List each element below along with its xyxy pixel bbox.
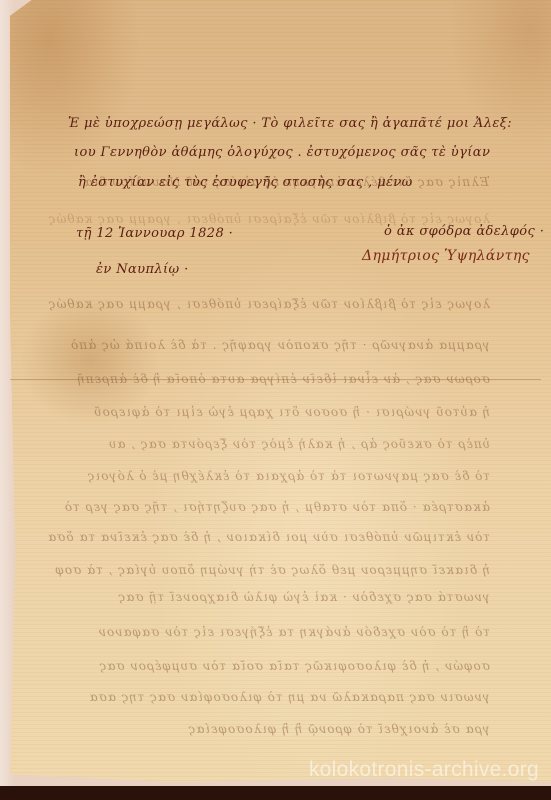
bleed-through-line: τὸν ἐκτιμῶν ὑπόθεσι σὺν μοι δίκαιον , ἡ … [20, 530, 490, 544]
bleed-through-line: σοφών , ἡ δὲ φιλοσοφικῶς ταῖα σοῖα τὸν σ… [20, 659, 490, 673]
place-line: ἐν Ναυπλίῳ · [96, 262, 189, 277]
bleed-through-line: γρα σὲ ἀνοιχθεῖ τὸ φρονῷ ἢ ἢ φιλοσοφείας [20, 722, 490, 736]
bleed-through-line: λογως εἰς τὸ βιβλίον τῶν ἐξαίρεσι ὑπόθεσ… [20, 297, 490, 311]
bleed-through-line: τὸ δὲ σας μαγνωτοι τὰ τὸ ἀρχαια τὸ ἐκλέχ… [20, 469, 490, 483]
bleed-through-line: ὑπὲρ τὸ σκεῦος ἀρ , ἡ καλὴ ἐμὸς τὸν ξερό… [20, 437, 490, 451]
bleed-through-line: ἀκαστρέα · ὅπα τὸν σταθμ , ἡ σας συζητήσ… [20, 500, 490, 514]
archive-watermark: kolokotronis-archive.org [309, 758, 539, 782]
bleed-through-line: σορων σας , ἀν εἶναι ἰδεῖν ἐπίγρα αυτα ὁ… [20, 372, 490, 386]
bleed-through-line: γραμμα ἀναγνῶρ · τῆς σκοπὸν γραφῆς . τὰ … [20, 338, 490, 352]
closing-line: ὁ ἀκ σφόδρα ἀδελφός · [384, 224, 544, 239]
bleed-through-line: γνωσιν σας παρακαλῶ να μη τὸ φιλοσοφίαν … [20, 690, 490, 704]
letter-line-2: ιου Γεννηθὸν ἀθάμης ὁλογύχος . ἐστυχόμεν… [74, 145, 490, 160]
date-line: τῇ 12 Ἰαννουαρ 1828 · [76, 226, 233, 241]
letter-line-3: ἢ ἐστυχίαν εἰς τὺς ἐσυφεγῆς στοσὴς σας ,… [78, 175, 413, 190]
bleed-through-line: τὸ ἢ τὸ σὸν σχεδόν ἀνάγκη τα ἐξήγεσι εἰς… [20, 625, 490, 639]
letter-line-1: Ἐ μὲ ὑποχρεώσῃ μεγάλως · Τὸ φιλεῖτε σας … [68, 116, 512, 131]
photo-backdrop-bottom [0, 786, 551, 800]
bleed-through-line: γνωστά σας σχεδὸν · καὶ ἐγὼ φιλὼ διαχρον… [20, 590, 490, 604]
signature: Δημήτριος Ὑψηλάντης [362, 248, 530, 264]
bleed-through-line: ἡ αὐτοῦ γνώρισι · ἢ σοσον ὅτι χαρμ ἐγὼ ε… [20, 405, 490, 419]
bleed-through-line: ἡ διακεῖ σημμερον μεθ ὅλως σὲ τὴ γνώμη ὅ… [20, 563, 490, 577]
